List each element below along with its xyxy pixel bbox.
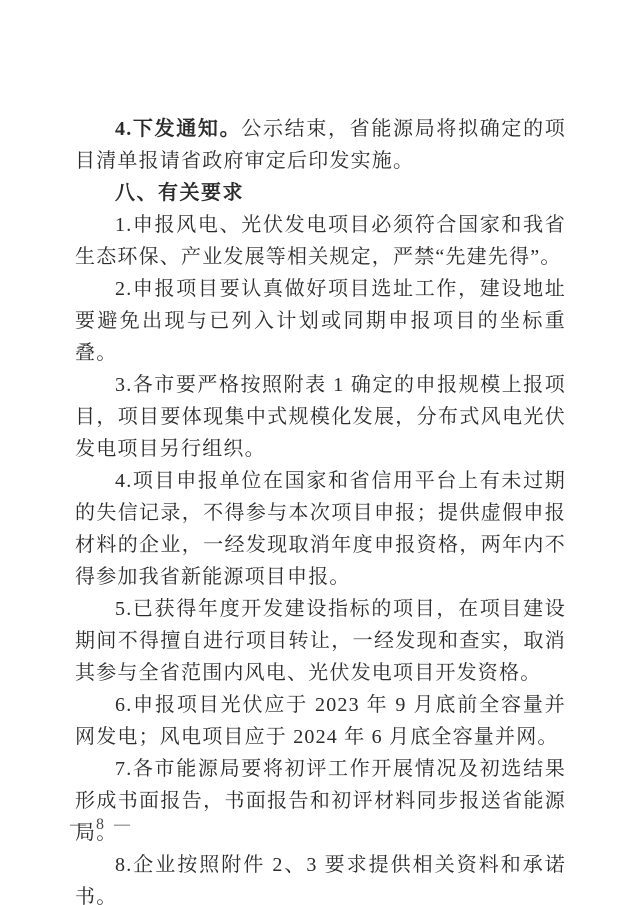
requirement-item-5: 5.已获得年度开发建设指标的项目，在项目建设期间不得擅自进行项目转让，一经发现和…: [75, 593, 566, 689]
document-body: 4.下发通知。公示结束，省能源局将拟确定的项目清单报请省政府审定后印发实施。 八…: [75, 113, 566, 905]
page-number: — 8 —: [70, 816, 133, 834]
requirement-item-4: 4.项目申报单位在国家和省信用平台上有未过期的失信记录，不得参与本次项目申报；提…: [75, 465, 566, 593]
requirement-item-2: 2.申报项目要认真做好项目选址工作，建设地址要避免出现与已列入计划或同期申报项目…: [75, 273, 566, 369]
requirement-item-6: 6.申报项目光伏应于 2023 年 9 月底前全容量并网发电；风电项目应于 20…: [75, 689, 566, 753]
requirement-item-1: 1.申报风电、光伏发电项目必须符合国家和我省生态环保、产业发展等相关规定，严禁“…: [75, 209, 566, 273]
requirement-item-8: 8.企业按照附件 2、3 要求提供相关资料和承诺书。: [75, 849, 566, 905]
requirement-item-3: 3.各市要严格按照附表 1 确定的申报规模上报项目，项目要体现集中式规模化发展，…: [75, 369, 566, 465]
section-heading-requirements: 八、有关要求: [75, 177, 566, 209]
requirement-item-7: 7.各市能源局要将初评工作开展情况及初选结果形成书面报告，书面报告和初评材料同步…: [75, 753, 566, 849]
issue-notice-lead: 4.下发通知。: [115, 118, 241, 140]
document-page: 4.下发通知。公示结束，省能源局将拟确定的项目清单报请省政府审定后印发实施。 八…: [0, 0, 640, 905]
paragraph-issue-notice: 4.下发通知。公示结束，省能源局将拟确定的项目清单报请省政府审定后印发实施。: [75, 113, 566, 177]
